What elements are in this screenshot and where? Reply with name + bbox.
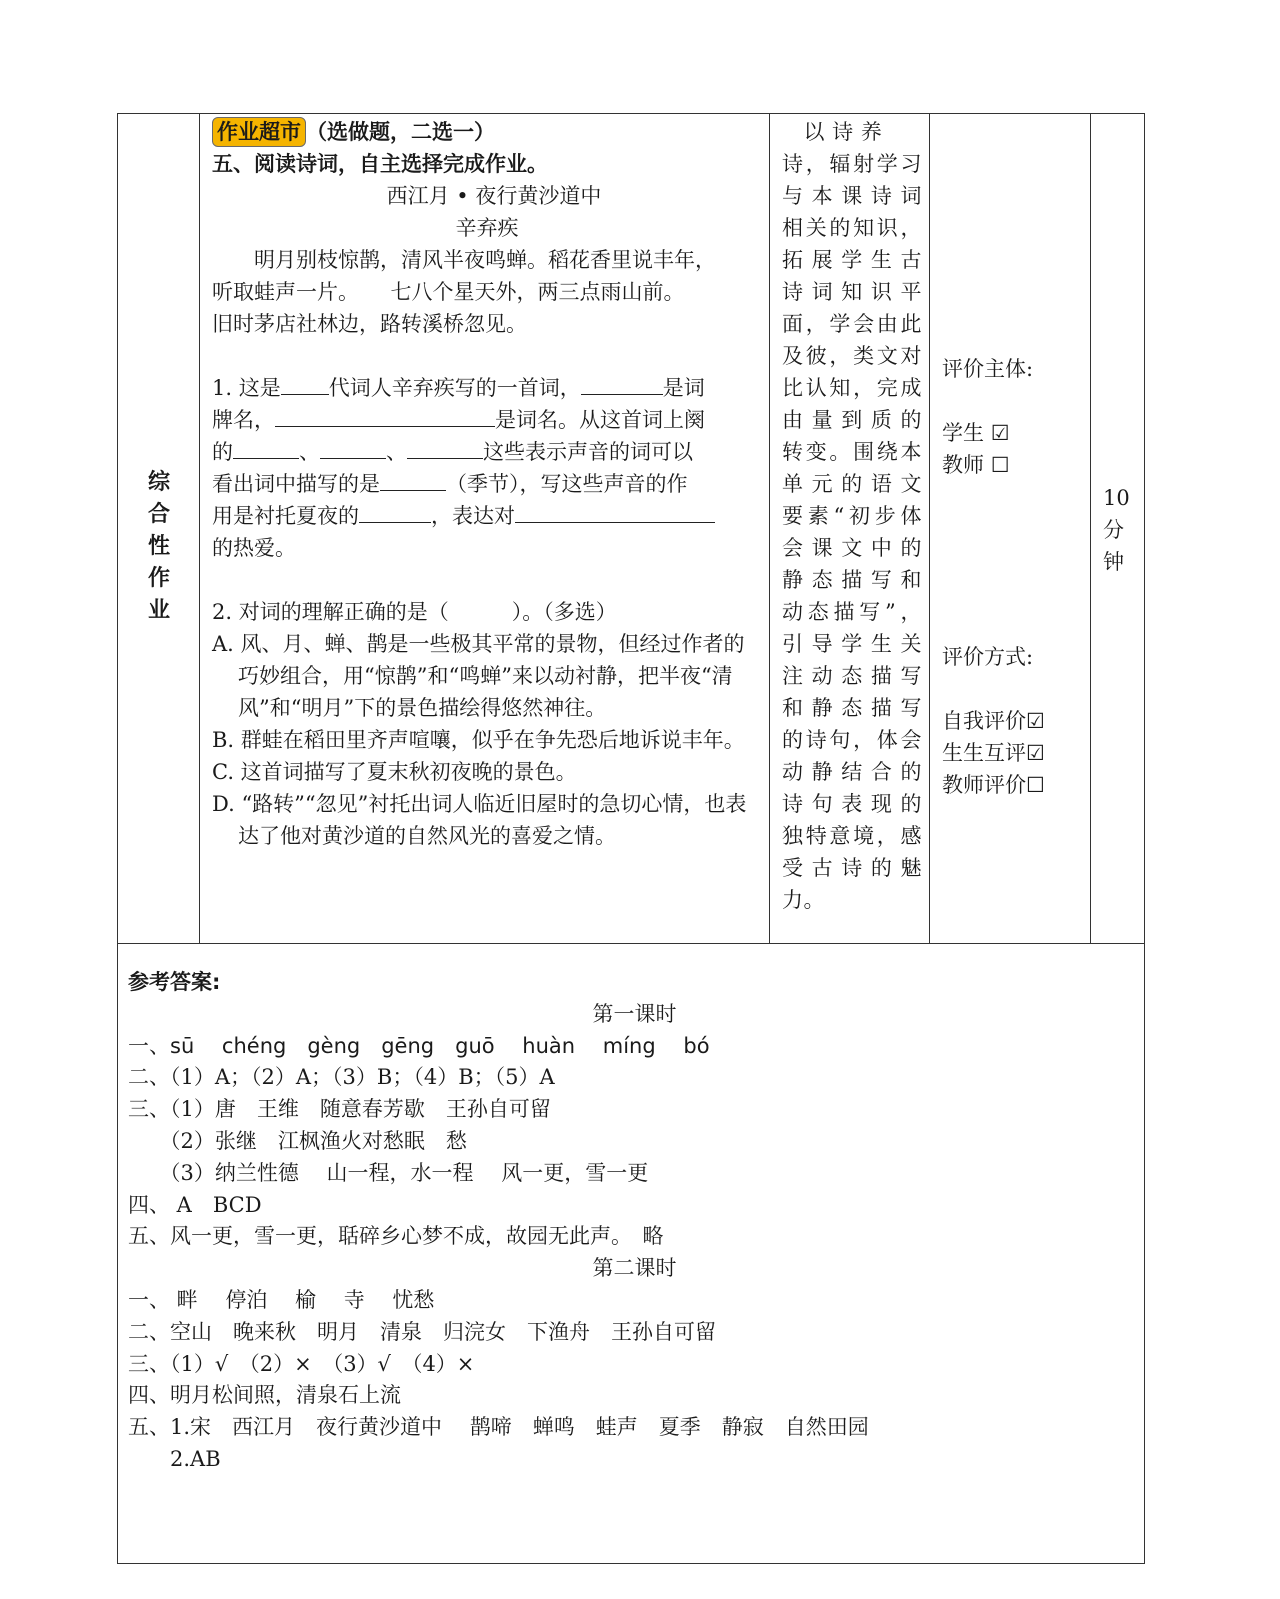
section-title: 五、阅读诗词，自主选择完成作业。 bbox=[212, 148, 762, 180]
method-self[interactable]: 自我评价☑ bbox=[942, 705, 1082, 737]
purpose-line: 的诗句，体会 bbox=[782, 724, 922, 756]
answer-line: （2）张继 江枫渔火对愁眠 愁 bbox=[128, 1126, 1131, 1158]
unchecked-box-icon[interactable]: ☐ bbox=[991, 453, 1010, 477]
answer-line: （3）纳兰性德 山一程，水一程 风一更，雪一更 bbox=[128, 1158, 1131, 1190]
answer-line: 一、sū chéng gèng gēng guō huàn míng bó bbox=[128, 1031, 1131, 1063]
q2-option-a[interactable]: A. 风、月、蝉、鹊是一些极其平常的景物，但经过作者的巧妙组合，用“惊鹊”和“鸣… bbox=[212, 628, 762, 724]
purpose-line: 动态描写”， bbox=[782, 596, 922, 628]
purpose-line: 诗 句 表 现 的 bbox=[782, 788, 922, 820]
answer-line: 二、空山 晚来秋 明月 清泉 归浣女 下渔舟 王孙自可留 bbox=[128, 1317, 1131, 1349]
subject-label: 教师 bbox=[942, 453, 984, 477]
q1-text: 看出词中描写的是 bbox=[212, 472, 380, 496]
homework-market-badge: 作业超市 bbox=[212, 117, 306, 147]
blank-tune-name[interactable] bbox=[581, 372, 663, 395]
answer-line: 四、 A BCD bbox=[128, 1190, 1131, 1222]
q1-text: 这些表示声音的词可以 bbox=[483, 440, 693, 464]
purpose-line: 引 导 学 生 关 bbox=[782, 628, 922, 660]
method-teacher[interactable]: 教师评价☐ bbox=[942, 769, 1082, 801]
blank-love-object[interactable] bbox=[515, 500, 715, 523]
purpose-line: 以 诗 养 bbox=[782, 116, 922, 148]
evaluation-subject-title: 评价主体: bbox=[942, 353, 1082, 385]
blank-sound-1[interactable] bbox=[233, 436, 299, 459]
blank-sound-3[interactable] bbox=[407, 436, 483, 459]
method-label: 自我评价 bbox=[942, 709, 1026, 733]
purpose-line: 诗 词 知 识 平 bbox=[782, 276, 922, 308]
blank-dynasty[interactable] bbox=[281, 372, 329, 395]
purpose-line: 比认知，完成 bbox=[782, 372, 922, 404]
purpose-line: 相关的知识， bbox=[782, 212, 922, 244]
evaluation-method-title: 评价方式: bbox=[942, 641, 1082, 673]
row-label-cell: 综 合 性 作 业 bbox=[118, 114, 200, 944]
answer-line: 三、（1）√ （2）× （3）√ （4）× bbox=[128, 1349, 1131, 1381]
q2-option-c[interactable]: C. 这首词描写了夏末秋初夜晚的景色。 bbox=[212, 756, 762, 788]
purpose-line: 静 态 描 写 和 bbox=[782, 564, 922, 596]
design-purpose-cell: 以 诗 养 诗，辐射学习 与 本 课 诗 词 相关的知识， 拓 展 学 生 古 … bbox=[772, 116, 932, 916]
row-label-char: 性 bbox=[148, 531, 170, 563]
q1-text: 1. 这是 bbox=[212, 376, 281, 400]
answer-line: 二、（1）A；（2）A；（3）B；（4）B；（5）A bbox=[128, 1062, 1131, 1094]
badge-note: （选做题，二选一） bbox=[306, 120, 495, 144]
purpose-line: 和 静 态 描 写 bbox=[782, 692, 922, 724]
q1-text: 、 bbox=[386, 440, 407, 464]
lesson-1-heading: 第一课时 bbox=[128, 999, 1131, 1031]
question-1: 1. 这是代词人辛弃疾写的一首词，是词 牌名，是词名。从这首词上阕 的、、这些表… bbox=[212, 372, 762, 564]
evaluation-cell: 评价主体: 学生 ☑ 教师 ☐ 评价方式: 自我评价☑ 生生互评☑ 教师评价☐ bbox=[932, 114, 1092, 944]
subject-label: 学生 bbox=[942, 421, 984, 445]
answer-line: 2.AB bbox=[128, 1444, 1131, 1476]
blank-sound-2[interactable] bbox=[320, 436, 386, 459]
poem-title: 西江月 • 夜行黄沙道中 bbox=[212, 180, 762, 212]
method-label: 教师评价 bbox=[942, 773, 1026, 797]
row-label-char: 综 bbox=[148, 467, 170, 499]
purpose-line: 面，学会由此 bbox=[782, 308, 922, 340]
document-page: 综 合 性 作 业 作业超市（选做题，二选一） 五、阅读诗词，自主选择完成作业。… bbox=[0, 0, 1280, 1599]
blank-poem-name[interactable] bbox=[275, 404, 495, 427]
purpose-line: 会 课 文 中 的 bbox=[782, 532, 922, 564]
answer-line: 一、 畔 停泊 榆 寺 忧愁 bbox=[128, 1285, 1131, 1317]
purpose-line: 注 动 态 描 写 bbox=[782, 660, 922, 692]
time-unit-char: 分 bbox=[1103, 514, 1146, 546]
q1-text: （季节），写这些声音的作 bbox=[446, 472, 688, 496]
purpose-line: 单 元 的 语 文 bbox=[782, 468, 922, 500]
q2-option-d[interactable]: D. “路转”“忽见”衬托出词人临近旧屋时的急切心情，也表达了他对黄沙道的自然风… bbox=[212, 788, 762, 852]
purpose-line: 及彼，类文对 bbox=[782, 340, 922, 372]
question-2: 2. 对词的理解正确的是（ ）。（多选） A. 风、月、蝉、鹊是一些极其平常的景… bbox=[212, 596, 762, 852]
q1-text: 牌名， bbox=[212, 408, 275, 432]
row-label-char: 合 bbox=[148, 499, 170, 531]
checked-box-icon[interactable]: ☑ bbox=[1026, 741, 1045, 765]
blank-night-feel[interactable] bbox=[359, 500, 431, 523]
time-cell: 10 分 钟 bbox=[1093, 114, 1146, 944]
poem-author: 辛弃疾 bbox=[212, 212, 762, 244]
answer-line: 四、明月松间照，清泉石上流 bbox=[128, 1380, 1131, 1412]
lesson-2-heading: 第二课时 bbox=[128, 1253, 1131, 1285]
answer-line: 五、风一更，雪一更，聒碎乡心梦不成，故园无此声。 略 bbox=[128, 1221, 1131, 1253]
q1-text: 、 bbox=[299, 440, 320, 464]
checked-box-icon[interactable]: ☑ bbox=[991, 421, 1010, 445]
blank-season[interactable] bbox=[380, 468, 446, 491]
purpose-line: 力。 bbox=[782, 884, 922, 916]
homework-table: 综 合 性 作 业 作业超市（选做题，二选一） 五、阅读诗词，自主选择完成作业。… bbox=[117, 113, 1145, 1564]
subject-student[interactable]: 学生 ☑ bbox=[942, 417, 1082, 449]
answers-title: 参考答案: bbox=[128, 967, 1131, 999]
q1-text: ，表达对 bbox=[431, 504, 515, 528]
purpose-line: 诗，辐射学习 bbox=[782, 148, 922, 180]
time-unit-char: 钟 bbox=[1103, 546, 1146, 578]
purpose-line: 要素“初步体 bbox=[782, 500, 922, 532]
purpose-line: 动 静 结 合 的 bbox=[782, 756, 922, 788]
unchecked-box-icon[interactable]: ☐ bbox=[1026, 773, 1045, 797]
q2-option-b[interactable]: B. 群蛙在稻田里齐声喧嚷，似乎在争先恐后地诉说丰年。 bbox=[212, 724, 762, 756]
method-peer[interactable]: 生生互评☑ bbox=[942, 737, 1082, 769]
purpose-line: 转变。围绕本 bbox=[782, 436, 922, 468]
answer-line: 三、（1）唐 王维 随意春芳歇 王孙自可留 bbox=[128, 1094, 1131, 1126]
purpose-line: 独特意境，感 bbox=[782, 820, 922, 852]
q1-text: 代词人辛弃疾写的一首词， bbox=[329, 376, 581, 400]
checked-box-icon[interactable]: ☑ bbox=[1026, 709, 1045, 733]
assignment-content-cell: 作业超市（选做题，二选一） 五、阅读诗词，自主选择完成作业。 西江月 • 夜行黄… bbox=[202, 116, 770, 852]
method-label: 生生互评 bbox=[942, 741, 1026, 765]
row-label-char: 作 bbox=[148, 563, 170, 595]
poem-line: 听取蛙声一片。 七八个星天外，两三点雨山前。 bbox=[212, 276, 762, 308]
row-label: 综 合 性 作 业 bbox=[148, 467, 170, 627]
purpose-line: 受 古 诗 的 魅 bbox=[782, 852, 922, 884]
q1-text: 的热爱。 bbox=[212, 532, 762, 564]
reference-answers: 参考答案: 第一课时 一、sū chéng gèng gēng guō huàn… bbox=[118, 945, 1143, 1476]
q1-text: 是词名。从这首词上阕 bbox=[495, 408, 705, 432]
q1-text: 是词 bbox=[663, 376, 705, 400]
q1-text: 的 bbox=[212, 440, 233, 464]
subject-teacher[interactable]: 教师 ☐ bbox=[942, 449, 1082, 481]
purpose-line: 拓 展 学 生 古 bbox=[782, 244, 922, 276]
purpose-line: 由 量 到 质 的 bbox=[782, 404, 922, 436]
row-label-char: 业 bbox=[148, 595, 170, 627]
time-value: 10 bbox=[1103, 482, 1146, 514]
answer-line: 五、1.宋 西江月 夜行黄沙道中 鹊啼 蝉鸣 蛙声 夏季 静寂 自然田园 bbox=[128, 1412, 1131, 1444]
q1-text: 用是衬托夏夜的 bbox=[212, 504, 359, 528]
poem-line: 明月别枝惊鹊，清风半夜鸣蝉。稻花香里说丰年， bbox=[212, 244, 762, 276]
q2-stem: 2. 对词的理解正确的是（ ）。（多选） bbox=[212, 596, 762, 628]
purpose-line: 与 本 课 诗 词 bbox=[782, 180, 922, 212]
poem-line: 旧时茅店社林边，路转溪桥忽见。 bbox=[212, 308, 762, 340]
